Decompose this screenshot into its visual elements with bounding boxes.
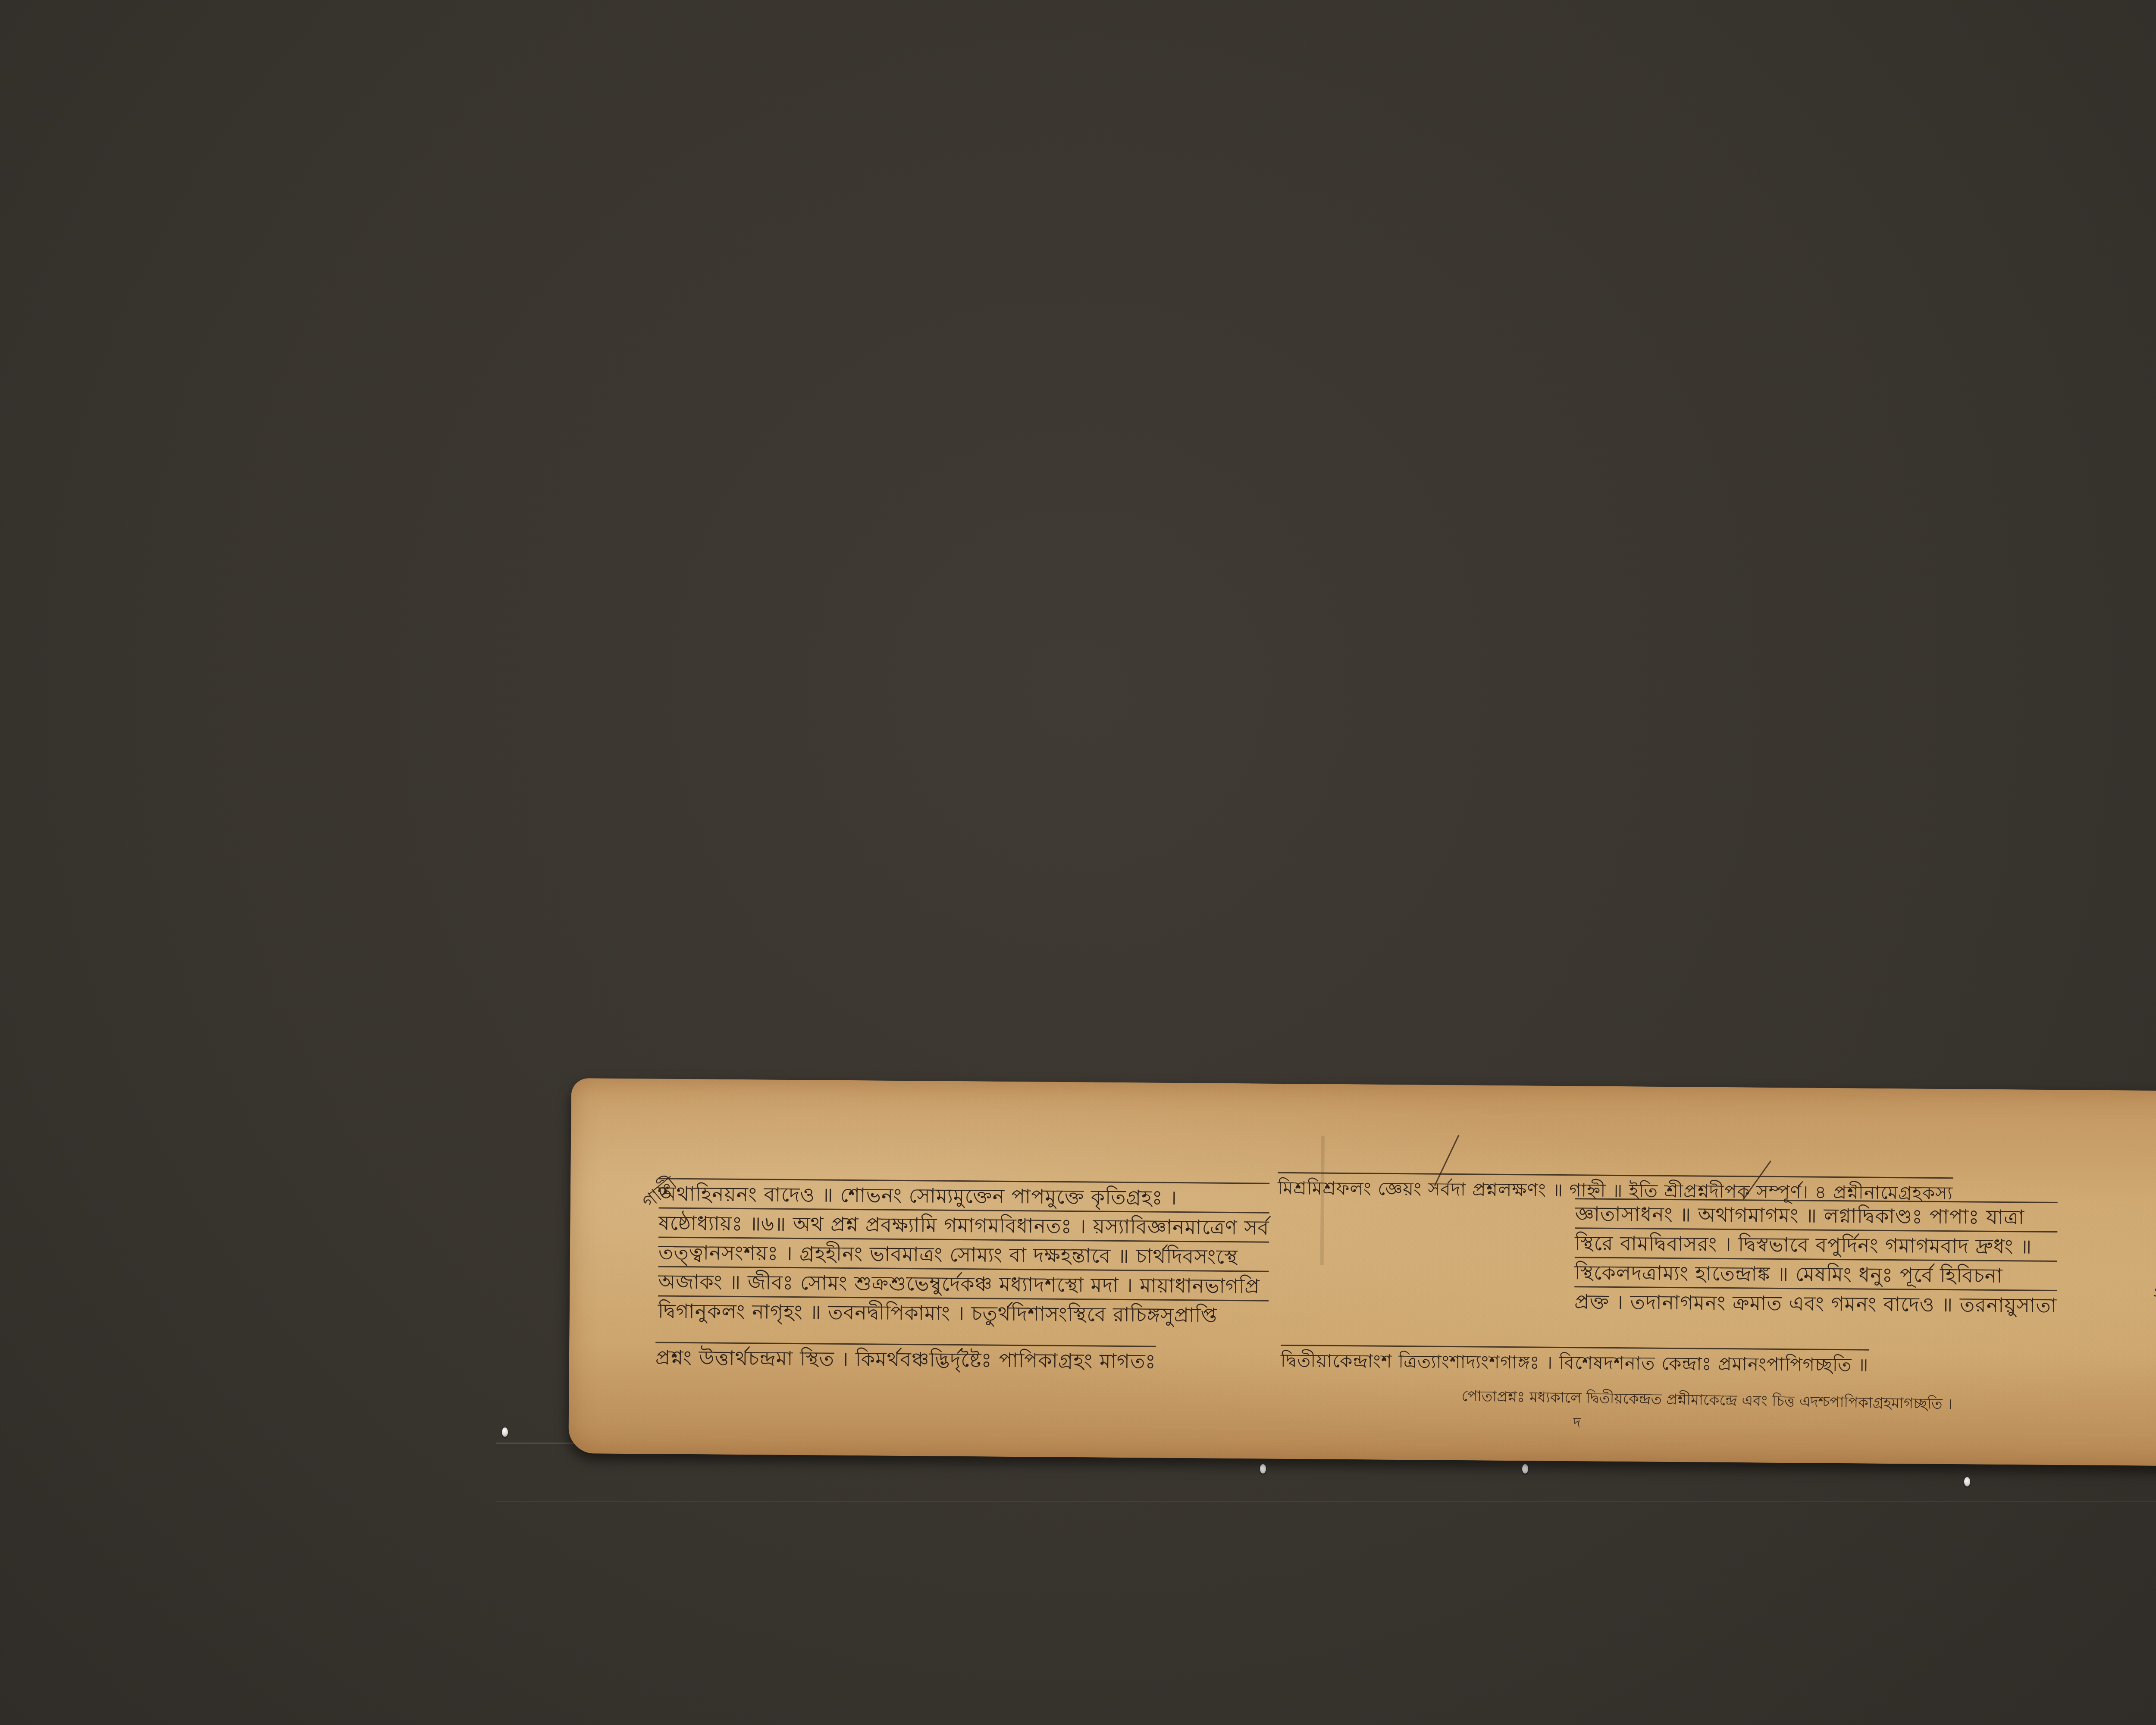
left-text-block: অথাহিনয়নং বাদেও ॥ শোভনং সোম্যমুক্তেন পা… bbox=[658, 1178, 1270, 1330]
mounting-pin bbox=[1522, 1464, 1528, 1474]
text-line: অজাকং ॥ জীবঃ সোমং শুক্রশুভেম্বুর্দেকঞ্চ … bbox=[658, 1266, 1269, 1300]
text-line: তত্ত্বানসংশয়ঃ । গ্রহহীনং ভাবমাত্রং সোম্… bbox=[658, 1237, 1269, 1271]
board-scratch-line bbox=[496, 1501, 2156, 1502]
text-line: অথাহিনয়নং বাদেও ॥ শোভনং সোম্যমুক্তেন পা… bbox=[659, 1178, 1269, 1212]
folio-number: ২৪ bbox=[2152, 1280, 2156, 1309]
pen-stroke bbox=[1320, 1136, 1325, 1265]
footnote-line: পোতাপ্রশ্নঃ মধ্যকালে দ্বিতীয়কেন্দ্রত প্… bbox=[1461, 1385, 1952, 1418]
mounting-pin bbox=[1964, 1477, 1970, 1487]
text-line: দ্বিতীয়াকেন্দ্রাংশ ত্রিত্যাংশাদ্যংশগাঙ্… bbox=[1281, 1345, 1869, 1379]
mounting-pin bbox=[1260, 1464, 1266, 1474]
text-line: প্রক্ত । তদানাগমনং ক্রমাত এবং গমনং বাদেও… bbox=[1574, 1286, 2057, 1319]
text-line: দ্বিগানুকলং নাগৃহং ॥ তবনদ্বীপিকামাং । চত… bbox=[658, 1295, 1269, 1330]
text-line: স্থিকেলদত্রাম্যং হাতেন্দ্রাঙ্ক ॥ মেষমিং … bbox=[1574, 1257, 2057, 1290]
bottom-text-line: প্রশ্নং উত্তার্থচন্দ্রমা স্থিত । কিমর্থব… bbox=[655, 1342, 1156, 1375]
bottom-right-line: দ্বিতীয়াকেন্দ্রাংশ ত্রিত্যাংশাদ্যংশগাঙ্… bbox=[1281, 1345, 1869, 1379]
text-line: প্রশ্নং উত্তার্থচন্দ্রমা স্থিত । কিমর্থব… bbox=[655, 1342, 1156, 1375]
manuscript-folio: গাহ্নী অথাহিনয়নং বাদেও ॥ শোভনং সোম্যমুক… bbox=[568, 1078, 2156, 1467]
text-line: স্থিরে বামদ্বিবাসরং । দ্বিস্বভাবে বপুর্দ… bbox=[1575, 1227, 2058, 1261]
right-text-block: জ্ঞাতাসাধনং ॥ অথাগমাগমং ॥ লগ্নাদ্বিকাণ্ড… bbox=[1574, 1198, 2058, 1319]
mounting-pin bbox=[502, 1427, 508, 1437]
text-line: ষষ্ঠোধ্যায়ঃ ॥৬॥ অথ প্রশ্ন প্রবক্ষ্যামি … bbox=[658, 1207, 1269, 1242]
footnote-mark: দ bbox=[1573, 1411, 1581, 1435]
text-line: জ্ঞাতাসাধনং ॥ অথাগমাগমং ॥ লগ্নাদ্বিকাণ্ড… bbox=[1575, 1198, 2058, 1231]
